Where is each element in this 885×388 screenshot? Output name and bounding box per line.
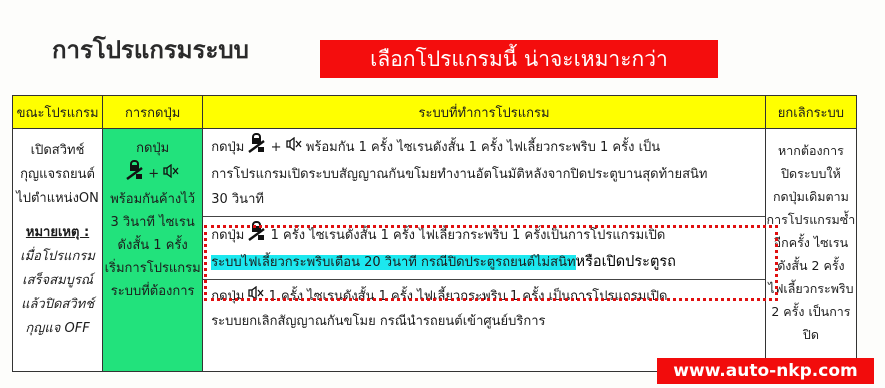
press-label: กดปุ่ม	[211, 289, 244, 304]
row-text: 1 ครั้ง ไซเรนดังสั้น 1 ครั้ง ไฟเลี้ยวกระ…	[269, 289, 668, 304]
mute-speaker-icon	[163, 163, 179, 186]
website-watermark: www.auto-nkp.com	[657, 358, 874, 384]
text-line: หากต้องการ	[766, 139, 856, 162]
note-line: แล้วปิดสวิทช์	[13, 293, 102, 317]
text-line: ระบบที่ต้องการ	[103, 280, 202, 303]
row-text: 1 ครั้ง ไซเรนดังสั้น 1 ครั้ง ไฟเลี้ยวกระ…	[271, 228, 666, 243]
during-programming-cell: เปิดสวิทช์ กุญแจรถยนต์ ไปตำแหน่งON หมายเ…	[13, 129, 103, 372]
lock-icon	[248, 133, 266, 162]
programmed-system-cell: กดปุ่ม + พร้อมกัน 1 ครั้ง ไซเรนดังสั้น 1…	[203, 129, 766, 372]
text-line: พร้อมกันค้างไว้	[103, 188, 202, 211]
text-line: ปิดระบบให้	[766, 162, 856, 185]
row-text: พร้อมกัน 1 ครั้ง ไซเรนดังสั้น 1 ครั้ง ไฟ…	[306, 140, 660, 155]
press-label: กดปุ่ม	[211, 228, 244, 243]
note-line: เมื่อโปรแกรม	[13, 245, 102, 269]
header-cancel-system: ยกเลิกระบบ	[765, 96, 856, 129]
text-line: การโปรแกรมซ้ำ	[766, 208, 856, 231]
cancel-system-cell: หากต้องการ ปิดระบบให้ กดปุ่มเดิมตาม การโ…	[765, 129, 856, 372]
table-header-row: ขณะโปรแกรม การกดปุ่ม ระบบที่ทำการโปรแกรม…	[13, 96, 857, 129]
mute-speaker-icon	[248, 284, 264, 309]
row-text: ระบบยกเลิกสัญญาณกันขโมย กรณีนำรถยนต์เข้า…	[211, 314, 545, 329]
text-line: กดปุ่มเดิมตาม	[766, 185, 856, 208]
plus-sign: +	[148, 167, 159, 182]
program-row-service-mode: กดปุ่ม 1 ครั้ง ไซเรนดังสั้น 1 ครั้ง ไฟเล…	[203, 279, 765, 338]
text-line: 2 ครั้ง เป็นการปิด	[766, 300, 856, 346]
header-programmed-system: ระบบที่ทำการโปรแกรม	[203, 96, 766, 129]
text-line: กุญแจรถยนต์	[13, 163, 102, 187]
plus-sign: +	[271, 140, 282, 155]
text-line: ดังสั้น 2 ครั้ง	[766, 254, 856, 277]
text-line: ไฟเลี้ยวกระพริบ	[766, 277, 856, 300]
recommendation-banner: เลือกโปรแกรมนี้ น่าจะเหมาะกว่า	[320, 40, 718, 78]
header-during-programming: ขณะโปรแกรม	[13, 96, 103, 129]
button-combo: +	[103, 160, 202, 188]
table-body-row: เปิดสวิทช์ กุญแจรถยนต์ ไปตำแหน่งON หมายเ…	[13, 129, 857, 372]
press-label: กดปุ่ม	[211, 140, 244, 155]
text-line: เริ่มการโปรแกรม	[103, 257, 202, 280]
text-line: กดปุ่ม	[103, 137, 202, 160]
programming-table: ขณะโปรแกรม การกดปุ่ม ระบบที่ทำการโปรแกรม…	[12, 95, 857, 372]
text-line: 3 วินาที ไซเรน	[103, 211, 202, 234]
note-label: หมายเหตุ :	[13, 221, 102, 245]
header-button-press: การกดปุ่ม	[103, 96, 203, 129]
text-line: ไปตำแหน่งON	[13, 187, 102, 211]
added-text: หรือเปิดประตูรถ	[576, 254, 676, 270]
program-row-turn-signal-warning: กดปุ่ม 1 ครั้ง ไซเรนดังสั้น 1 ครั้ง ไฟเล…	[203, 216, 765, 279]
text-line: ดังสั้น 1 ครั้ง	[103, 234, 202, 257]
note-line: กุญแจ OFF	[13, 317, 102, 341]
note-line: เสร็จสมบูรณ์	[13, 269, 102, 293]
text-line: อีกครั้ง ไซเรน	[766, 231, 856, 254]
lock-icon	[126, 160, 144, 188]
button-press-cell: กดปุ่ม + พร้อมกันค้างไว้ 3 วินาที ไซเรน …	[103, 129, 203, 372]
row-text: 30 วินาที	[211, 192, 264, 207]
page-title: การโปรแกรมระบบ	[52, 30, 249, 69]
highlighted-text: ระบบไฟเลี้ยวกระพริบเตือน 20 วินาที กรณีป…	[211, 255, 575, 270]
program-row-auto-arm: กดปุ่ม + พร้อมกัน 1 ครั้ง ไซเรนดังสั้น 1…	[203, 129, 765, 216]
lock-icon	[248, 221, 266, 250]
row-text: การโปรแกรมเปิดระบบสัญญาณกันขโมยทำงานอัตโ…	[211, 167, 707, 182]
mute-speaker-icon	[286, 135, 302, 160]
text-line: เปิดสวิทช์	[13, 139, 102, 163]
